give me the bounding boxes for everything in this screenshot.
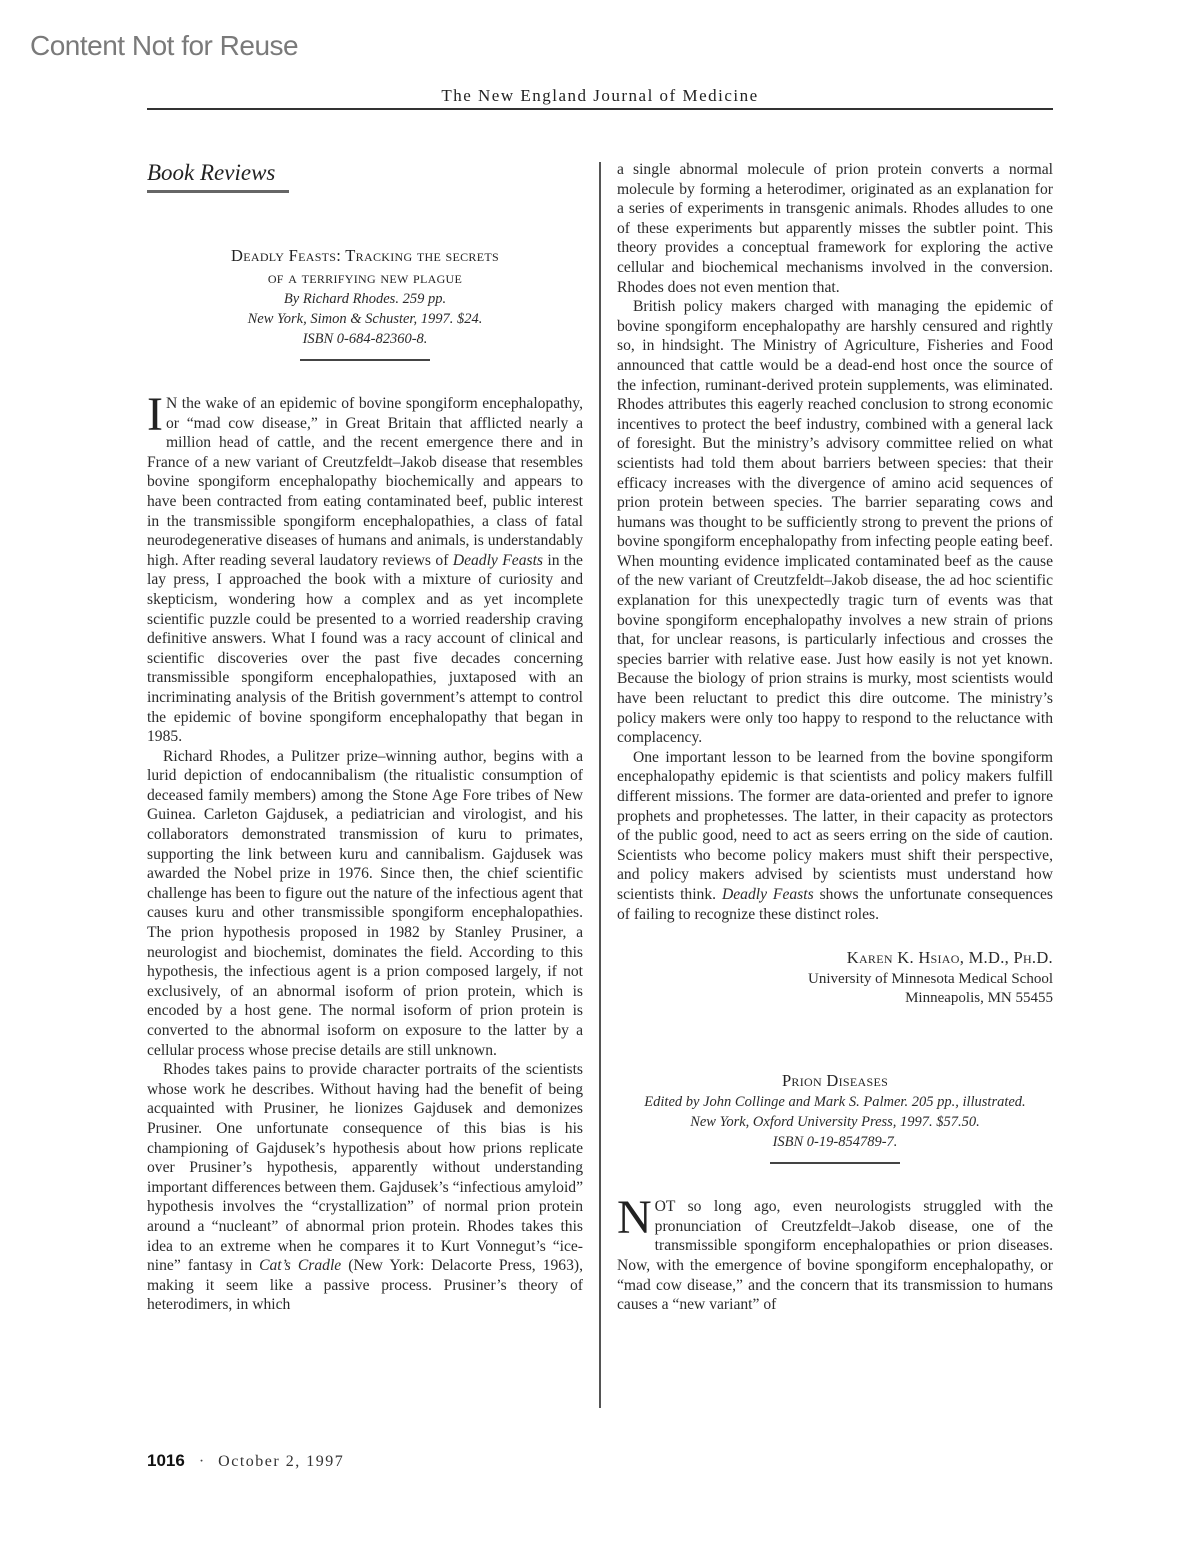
review2-header: Prion Diseases Edited by John Collinge a…	[617, 1070, 1053, 1164]
review1-paragraph-2: Richard Rhodes, a Pulitzer prize–winning…	[147, 747, 583, 1061]
review1-publisher: New York, Simon & Schuster, 1997. $24.	[147, 309, 583, 329]
page-footer: 1016 · October 2, 1997	[147, 1451, 344, 1471]
watermark: Content Not for Reuse	[30, 30, 298, 62]
review1-isbn: ISBN 0-684-82360-8.	[147, 329, 583, 349]
section-title: Book Reviews	[147, 160, 583, 186]
review1-paragraph-1: IN the wake of an epidemic of bovine spo…	[147, 394, 583, 747]
review2-body: NOT so long ago, even neurologists strug…	[617, 1197, 1053, 1315]
reviewer-affiliation: University of Minnesota Medical School	[617, 970, 1053, 989]
review2-paragraph-1: NOT so long ago, even neurologists strug…	[617, 1197, 1053, 1315]
review1-book-title-line2: of a terrifying new plague	[147, 267, 583, 289]
issue-date: October 2, 1997	[218, 1453, 344, 1470]
review1-paragraph-5: One important lesson to be learned from …	[617, 748, 1053, 924]
review1-body: IN the wake of an epidemic of bovine spo…	[147, 394, 583, 1315]
reviewer-name: Karen K. Hsiao, M.D., Ph.D.	[617, 946, 1053, 970]
review1-paragraph-4: British policy makers charged with manag…	[617, 297, 1053, 748]
left-column: Book Reviews Deadly Feasts: Tracking the…	[147, 160, 583, 1315]
dropcap-letter: I	[147, 396, 163, 434]
review1-author: By Richard Rhodes. 259 pp.	[147, 289, 583, 309]
header-rule	[147, 108, 1053, 110]
review1-header: Deadly Feasts: Tracking the secrets of a…	[147, 245, 583, 361]
review2-publisher: New York, Oxford University Press, 1997.…	[617, 1112, 1053, 1132]
reviewer-signature: Karen K. Hsiao, M.D., Ph.D. University o…	[617, 946, 1053, 1008]
review1-book-title-line1: Deadly Feasts: Tracking the secrets	[147, 245, 583, 267]
footer-separator: ·	[199, 1453, 204, 1470]
review1-header-rule	[300, 359, 430, 361]
running-head: The New England Journal of Medicine	[147, 86, 1053, 106]
section-title-rule	[147, 190, 289, 193]
reviewer-location: Minneapolis, MN 55455	[617, 989, 1053, 1008]
right-column: a single abnormal molecule of prion prot…	[617, 160, 1053, 1315]
column-divider	[599, 162, 601, 1408]
review2-book-title: Prion Diseases	[617, 1070, 1053, 1092]
review1-paragraph-3a: Rhodes takes pains to provide character …	[147, 1060, 583, 1315]
review2-isbn: ISBN 0-19-854789-7.	[617, 1132, 1053, 1152]
review2-editors: Edited by John Collinge and Mark S. Palm…	[617, 1092, 1053, 1112]
dropcap-letter: N	[617, 1199, 652, 1237]
review1-paragraph-3-continued: a single abnormal molecule of prion prot…	[617, 160, 1053, 297]
page-number: 1016	[147, 1451, 185, 1470]
review2-header-rule	[770, 1162, 900, 1164]
